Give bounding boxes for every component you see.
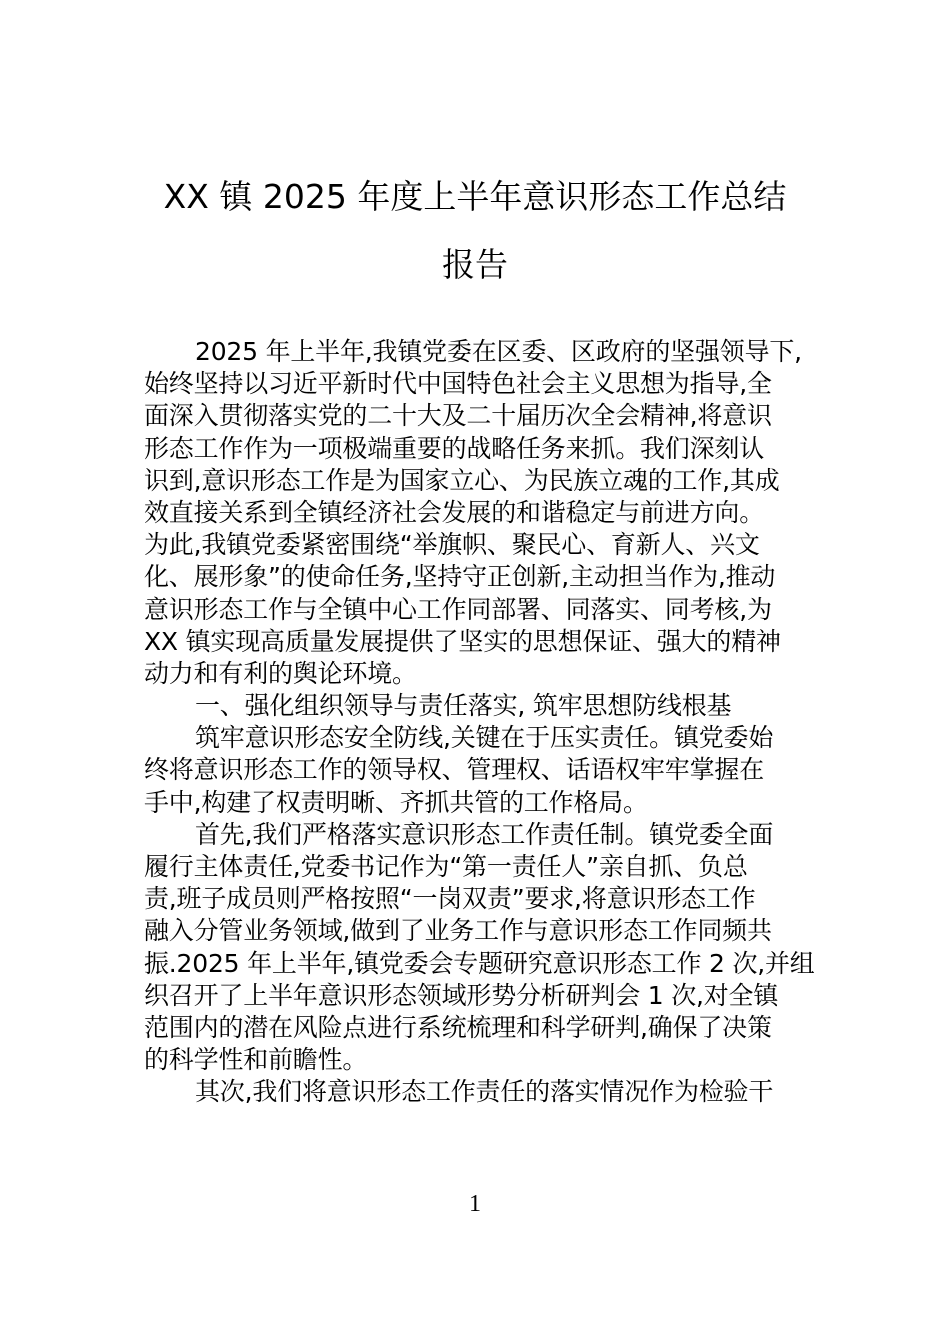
body-line: 的科学性和前瞻性。 [144,1044,812,1076]
body-line: 织召开了上半年意识形态领域形势分析研判会 1 次,对全镇 [144,980,812,1012]
body-line: 形态工作作为一项极端重要的战略任务来抓。我们深刻认 [144,433,812,465]
body-line: 首先,我们严格落实意识形态工作责任制。镇党委全面 [144,819,812,851]
document-body: 2025 年上半年,我镇党委在区委、区政府的坚强领导下, 始终坚持以习近平新时代… [144,336,812,1109]
body-line: 意识形态工作与全镇中心工作同部署、同落实、同考核,为 [144,594,812,626]
body-line: 终将意识形态工作的领导权、管理权、话语权牢牢掌握在 [144,754,812,786]
body-line: 其次,我们将意识形态工作责任的落实情况作为检验干 [144,1076,812,1108]
section-heading: 一、强化组织领导与责任落实, 筑牢思想防线根基 [144,690,812,722]
body-line: 识到,意识形态工作是为国家立心、为民族立魂的工作,其成 [144,465,812,497]
page-number: 1 [0,1190,950,1218]
body-line: 化、展形象”的使命任务,坚持守正创新,主动担当作为,推动 [144,561,812,593]
document-title-line-2: 报告 [0,245,950,285]
body-line: 融入分管业务领域,做到了业务工作与意识形态工作同频共 [144,915,812,947]
body-line: 2025 年上半年,我镇党委在区委、区政府的坚强领导下, [144,336,812,368]
body-line: 责,班子成员则严格按照“一岗双责”要求,将意识形态工作 [144,883,812,915]
body-line: 始终坚持以习近平新时代中国特色社会主义思想为指导,全 [144,368,812,400]
body-line: 为此,我镇党委紧密围绕“举旗帜、聚民心、育新人、兴文 [144,529,812,561]
body-line: 动力和有利的舆论环境。 [144,658,812,690]
body-line: 效直接关系到全镇经济社会发展的和谐稳定与前进方向。 [144,497,812,529]
body-line: 手中,构建了权责明晰、齐抓共管的工作格局。 [144,787,812,819]
body-line: 筑牢意识形态安全防线,关键在于压实责任。镇党委始 [144,722,812,754]
body-line: 振.2025 年上半年,镇党委会专题研究意识形态工作 2 次,并组 [144,948,812,980]
body-line: 履行主体责任,党委书记作为“第一责任人”亲自抓、负总 [144,851,812,883]
body-line: 范围内的潜在风险点进行系统梳理和科学研判,确保了决策 [144,1012,812,1044]
document-page: XX 镇 2025 年度上半年意识形态工作总结 报告 2025 年上半年,我镇党… [0,0,950,1344]
document-title-line-1: XX 镇 2025 年度上半年意识形态工作总结 [0,177,950,217]
body-line: XX 镇实现高质量发展提供了坚实的思想保证、强大的精神 [144,626,812,658]
body-line: 面深入贯彻落实党的二十大及二十届历次全会精神,将意识 [144,400,812,432]
